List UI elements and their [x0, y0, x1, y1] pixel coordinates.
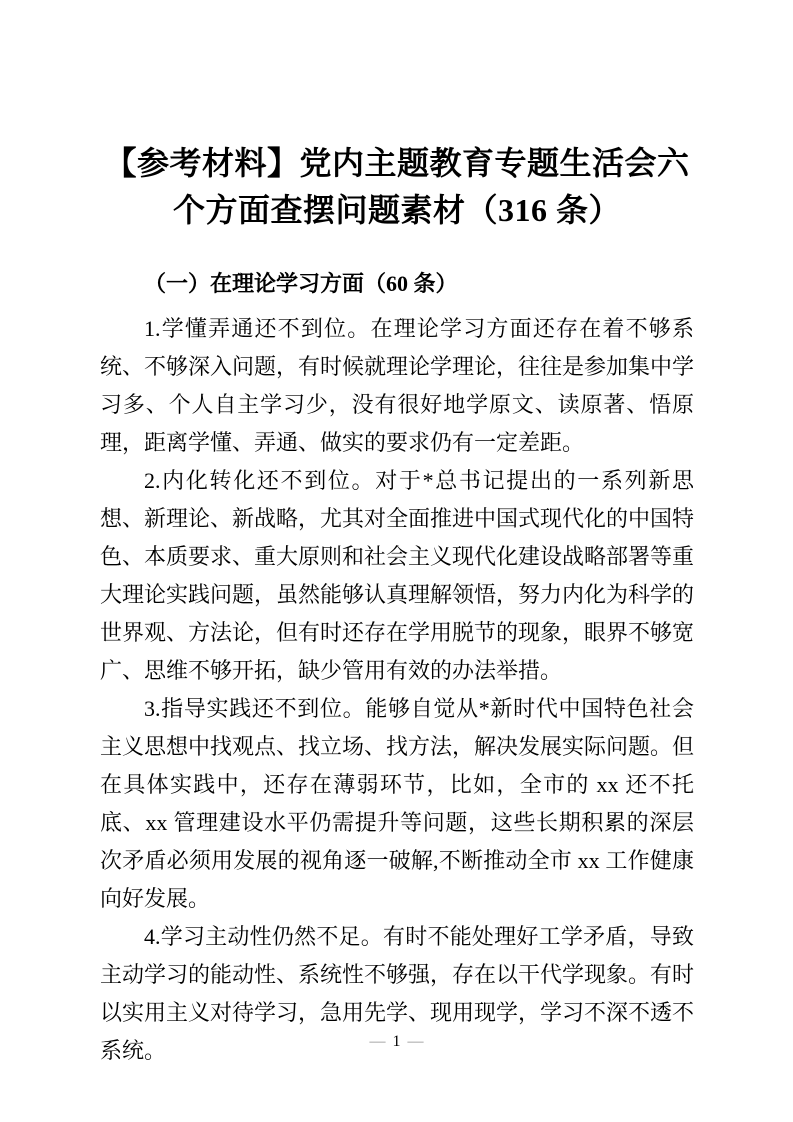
footer-dash-left: —	[363, 1033, 393, 1050]
body-paragraph-1: 1.学懂弄通还不到位。在理论学习方面还存在着不够系统、不够深入问题，有时候就理论…	[100, 310, 694, 462]
page-footer: —1—	[0, 1032, 793, 1052]
page-number: 1	[393, 1033, 401, 1050]
section-heading: （一）在理论学习方面（60 条）	[100, 265, 694, 303]
document-page: 【参考材料】党内主题教育专题生活会六个方面查摆问题素材（316 条） （一）在理…	[0, 0, 793, 1122]
body-paragraph-3: 3.指导实践还不到位。能够自觉从*新时代中国特色社会主义思想中找观点、找立场、找…	[100, 690, 694, 918]
footer-dash-right: —	[401, 1033, 431, 1050]
document-title: 【参考材料】党内主题教育专题生活会六个方面查摆问题素材（316 条）	[100, 140, 694, 234]
body-paragraph-2: 2.内化转化还不到位。对于*总书记提出的一系列新思想、新理论、新战略，尤其对全面…	[100, 462, 694, 690]
document-content: 【参考材料】党内主题教育专题生活会六个方面查摆问题素材（316 条） （一）在理…	[100, 0, 694, 1070]
